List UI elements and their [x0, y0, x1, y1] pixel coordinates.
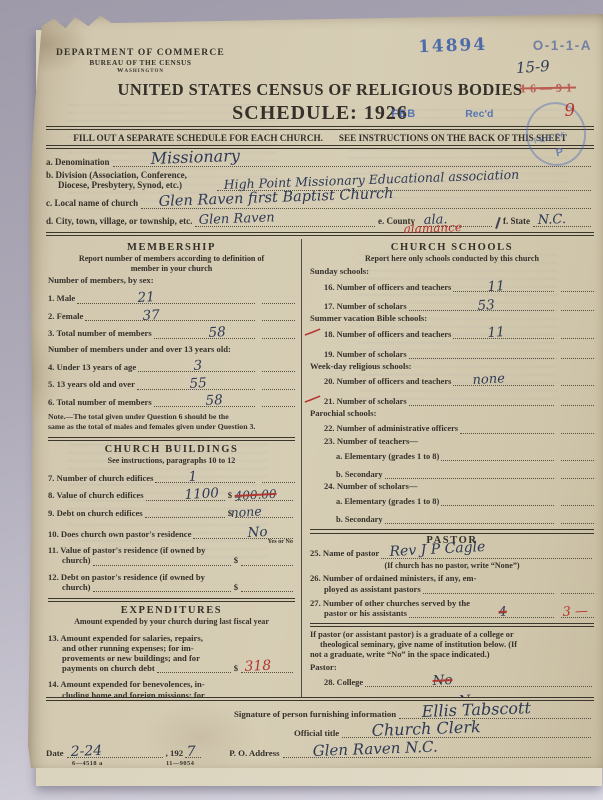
county-red-correction: alamance [404, 221, 463, 237]
horizontal-rule [310, 623, 594, 627]
agency-block: DEPARTMENT OF COMMERCE BUREAU OF THE CEN… [56, 48, 225, 75]
state-value: N.C. [537, 213, 566, 229]
q25-hint: (If church has no pastor, write “None”) [310, 561, 594, 571]
official-title-value: Church Clerk [371, 717, 481, 740]
q23b-row: b. Secondary [310, 469, 594, 479]
q27-label: 27. Number of other churches served by t… [310, 598, 594, 618]
po-address-value: Glen Raven N.C. [313, 738, 439, 760]
schools-title: CHURCH SCHOOLS [310, 242, 594, 253]
q3-total-row: 3. Total number of members 58 [48, 329, 295, 339]
year-digit-value: 7 [187, 744, 196, 760]
official-title-row: Official title Church Clerk [46, 725, 594, 738]
q23a-row: a. Elementary (grades 1 to 8) [310, 451, 594, 461]
q25-row: 25. Name of pastor Rev J P Cagle [310, 549, 594, 559]
print-code-2: 11—9054 [166, 760, 194, 767]
q4-value: 3 [193, 359, 202, 374]
po-address-line: Glen Raven N.C. [283, 745, 591, 758]
date-address-row: Date 2-24 , 192 7 P. O. Address Glen Rav… [46, 745, 594, 758]
q18-row: 18. Number of officers and teachers 11 [310, 329, 594, 339]
q14-label: 14. Amount expended for benevolences, in… [48, 679, 295, 696]
left-column: MEMBERSHIP Report number of members acco… [46, 239, 302, 697]
q2-female-row: 2. Female 37 [48, 311, 295, 321]
q1-value: 21 [137, 290, 155, 306]
q8-struck-value: 400.00 [234, 487, 277, 502]
red-margin-mark: R [3, 171, 30, 205]
q10-residence-row: 10. Does church own pastor's residence N… [48, 529, 295, 539]
print-code-1: 6—4518 a [72, 760, 103, 767]
division-line: High Point Missionary Educational associ… [217, 178, 591, 191]
q25-value: Rev J P Cagle [389, 540, 486, 560]
red-code-annotation: 15-9 [516, 57, 551, 77]
summer-schools-header: Summer vacation Bible schools: [310, 314, 594, 324]
q5-value: 55 [189, 376, 207, 392]
q28-row: 28. College No [310, 677, 594, 687]
q20-row: 20. Number of officers and teachers none [310, 376, 594, 386]
county-line: ala. alamance [418, 214, 492, 227]
red-check-icon [304, 328, 321, 337]
year-prefix: , 192 [166, 748, 184, 758]
membership-note: Note.—The total given under Question 6 s… [48, 412, 295, 431]
city-value: Glen Raven [198, 211, 274, 229]
field-city-county-state: d. City, town, village, or township, etc… [46, 214, 594, 227]
form-masthead: DEPARTMENT OF COMMERCE BUREAU OF THE CEN… [46, 36, 594, 126]
official-title-line: Church Clerk [342, 725, 591, 738]
state-line: N.C. [533, 214, 591, 227]
schools-subtitle: Report here only schools conducted by th… [310, 254, 594, 264]
q18-value: 11 [487, 325, 505, 341]
denomination-label: a. Denomination [46, 157, 110, 167]
form-title: UNITED STATES CENSUS OF RELIGIOUS BODIES [46, 80, 594, 100]
membership-title: MEMBERSHIP [48, 242, 295, 253]
q16-row: 16. Number of officers and teachers 11 [310, 282, 594, 292]
dollar-sign: $ [234, 555, 238, 565]
q4-under13-row: 4. Under 13 years of age 3 [48, 362, 295, 372]
dollar-sign: $ [228, 491, 232, 500]
signature-row: Signature of person furnishing informati… [46, 706, 594, 719]
q7-value: 1 [189, 470, 198, 485]
q9-debt-row: 9. Debt on church edifices $ none [48, 508, 295, 518]
dollar-sign: $ [234, 582, 238, 592]
q10-value: No [247, 525, 268, 541]
q1-male-row: 1. Male 21 [48, 294, 295, 304]
red-crossed-code: 16—91 [520, 81, 576, 97]
serial-number-stamp: 14894 [418, 35, 488, 57]
red-stamp-digit: 9 [564, 100, 576, 121]
feb-received-stamp: FEB [391, 108, 416, 120]
q17-row: 17. Number of scholars 53 [310, 301, 594, 311]
parochial-schools-header: Parochial schools: [310, 409, 594, 419]
field-denomination: a. Denomination Missionary [46, 154, 594, 167]
q27-struck-value: 4 [498, 604, 507, 620]
signature-label: Signature of person furnishing informati… [234, 709, 396, 719]
buildings-subtitle: See instructions, paragraphs 10 to 12 [48, 456, 295, 466]
q12-label: 12. Debt on pastor's residence (if owned… [48, 572, 295, 592]
by-sex-header: Number of members, by sex: [48, 276, 295, 286]
q14-zero-value: 0 [180, 695, 188, 697]
local-name-line: Glen Raven first Baptist Church [141, 196, 591, 209]
right-column: CHURCH SCHOOLS Report here only schools … [302, 239, 594, 697]
official-title-label: Official title [294, 728, 339, 738]
city-label: d. City, town, village, or township, etc… [46, 216, 192, 226]
check-mark [495, 217, 501, 229]
q9-value: none [230, 505, 262, 520]
date-label: Date [46, 748, 64, 758]
expenditures-subtitle: Amount expended by your church during la… [48, 617, 295, 627]
q6-total-row: 6. Total number of members 58 [48, 397, 295, 407]
q6-value: 58 [206, 393, 224, 409]
banner-left-text: FILL OUT A SEPARATE SCHEDULE FOR EACH CH… [73, 133, 323, 143]
stamp-letter: P [555, 146, 565, 159]
q28-value: No [432, 673, 453, 689]
q13-value: 318 [244, 658, 272, 676]
po-address-label: P. O. Address [229, 748, 279, 758]
schedule-year-title: SCHEDULE: 1926 [232, 102, 408, 124]
q23-header: 23. Number of teachers— [310, 437, 594, 447]
stamp-date-text: FEB 26 [533, 130, 567, 146]
q26-label: 26. Number of ordained ministers, if any… [310, 573, 594, 593]
q27-red-value: 3 — [562, 603, 588, 620]
field-local-name: c. Local name of church Glen Raven first… [46, 196, 594, 209]
q24-header: 24. Number of scholars— [310, 482, 594, 492]
local-name-label: c. Local name of church [46, 198, 138, 208]
yes-or-no-hint: Yes or No [268, 539, 293, 546]
date-line: 2-24 [67, 746, 163, 758]
denomination-line: Missionary [113, 154, 591, 167]
q24a-row: a. Elementary (grades 1 to 8) [310, 496, 594, 506]
buildings-title: CHURCH BUILDINGS [48, 444, 295, 455]
signature-block: Signature of person furnishing informati… [46, 706, 594, 770]
q17-value: 53 [478, 298, 496, 314]
q2-value: 37 [142, 308, 160, 324]
agency-city: Washington [56, 67, 225, 75]
q16-value: 11 [487, 279, 505, 295]
q13-label: 13. Amount expended for salaries, repair… [48, 633, 295, 674]
q22-row: 22. Number of administrative officers [310, 424, 594, 434]
q11-label: 11. Value of pastor's residence (if owne… [48, 545, 295, 565]
horizontal-rule [48, 598, 295, 602]
denomination-value: Missionary [150, 147, 240, 168]
red-check-icon [304, 395, 321, 404]
file-code: O-1-1-A [533, 38, 592, 53]
dollar-sign: $ [234, 663, 238, 673]
state-label: f. State [503, 216, 530, 226]
city-line: Glen Raven [195, 214, 375, 227]
signature-line: Ellis Tabscott [399, 706, 591, 719]
q19-row: 19. Number of scholars [310, 349, 594, 359]
bureau-name: BUREAU OF THE CENSUS [56, 59, 225, 67]
q20-value: none [473, 372, 506, 388]
horizontal-rule [46, 145, 594, 149]
q8-value-row: 8. Value of church edifices 1100 $ 400.0… [48, 491, 295, 501]
q21-row: 21. Number of scholars [310, 396, 594, 406]
graduate-intro: If pastor (or assistant pastor) is a gra… [310, 630, 594, 660]
q3-value: 58 [209, 325, 227, 341]
q29-value: No [458, 693, 479, 696]
year-line: 7 [185, 746, 201, 758]
q5-over13-row: 5. 13 years old and over 55 [48, 380, 295, 390]
expenditures-title: EXPENDITURES [48, 605, 295, 616]
q7-edifices-row: 7. Number of church edifices 1 [48, 473, 295, 483]
age-header: Number of members under and over 13 year… [48, 345, 295, 355]
q8-value: 1100 [184, 486, 219, 503]
census-schedule-form: R DEPARTMENT OF COMMERCE BUREAU OF THE C… [28, 14, 603, 768]
weekday-schools-header: Week-day religious schools: [310, 362, 594, 372]
horizontal-rule [310, 529, 594, 533]
q24b-row: b. Secondary [310, 514, 594, 524]
membership-subtitle: Report number of members according to de… [48, 254, 295, 274]
division-label: b. Division (Association, Conference, Di… [46, 170, 214, 191]
sunday-schools-header: Sunday schools: [310, 267, 594, 277]
horizontal-rule [48, 437, 295, 441]
date-value: 2-24 [70, 743, 102, 760]
identification-fields: a. Denomination Missionary b. Division (… [46, 154, 594, 227]
horizontal-rule [46, 232, 594, 236]
recd-stamp: Rec'd [465, 108, 493, 120]
instruction-banner: FILL OUT A SEPARATE SCHEDULE FOR EACH CH… [46, 130, 594, 145]
